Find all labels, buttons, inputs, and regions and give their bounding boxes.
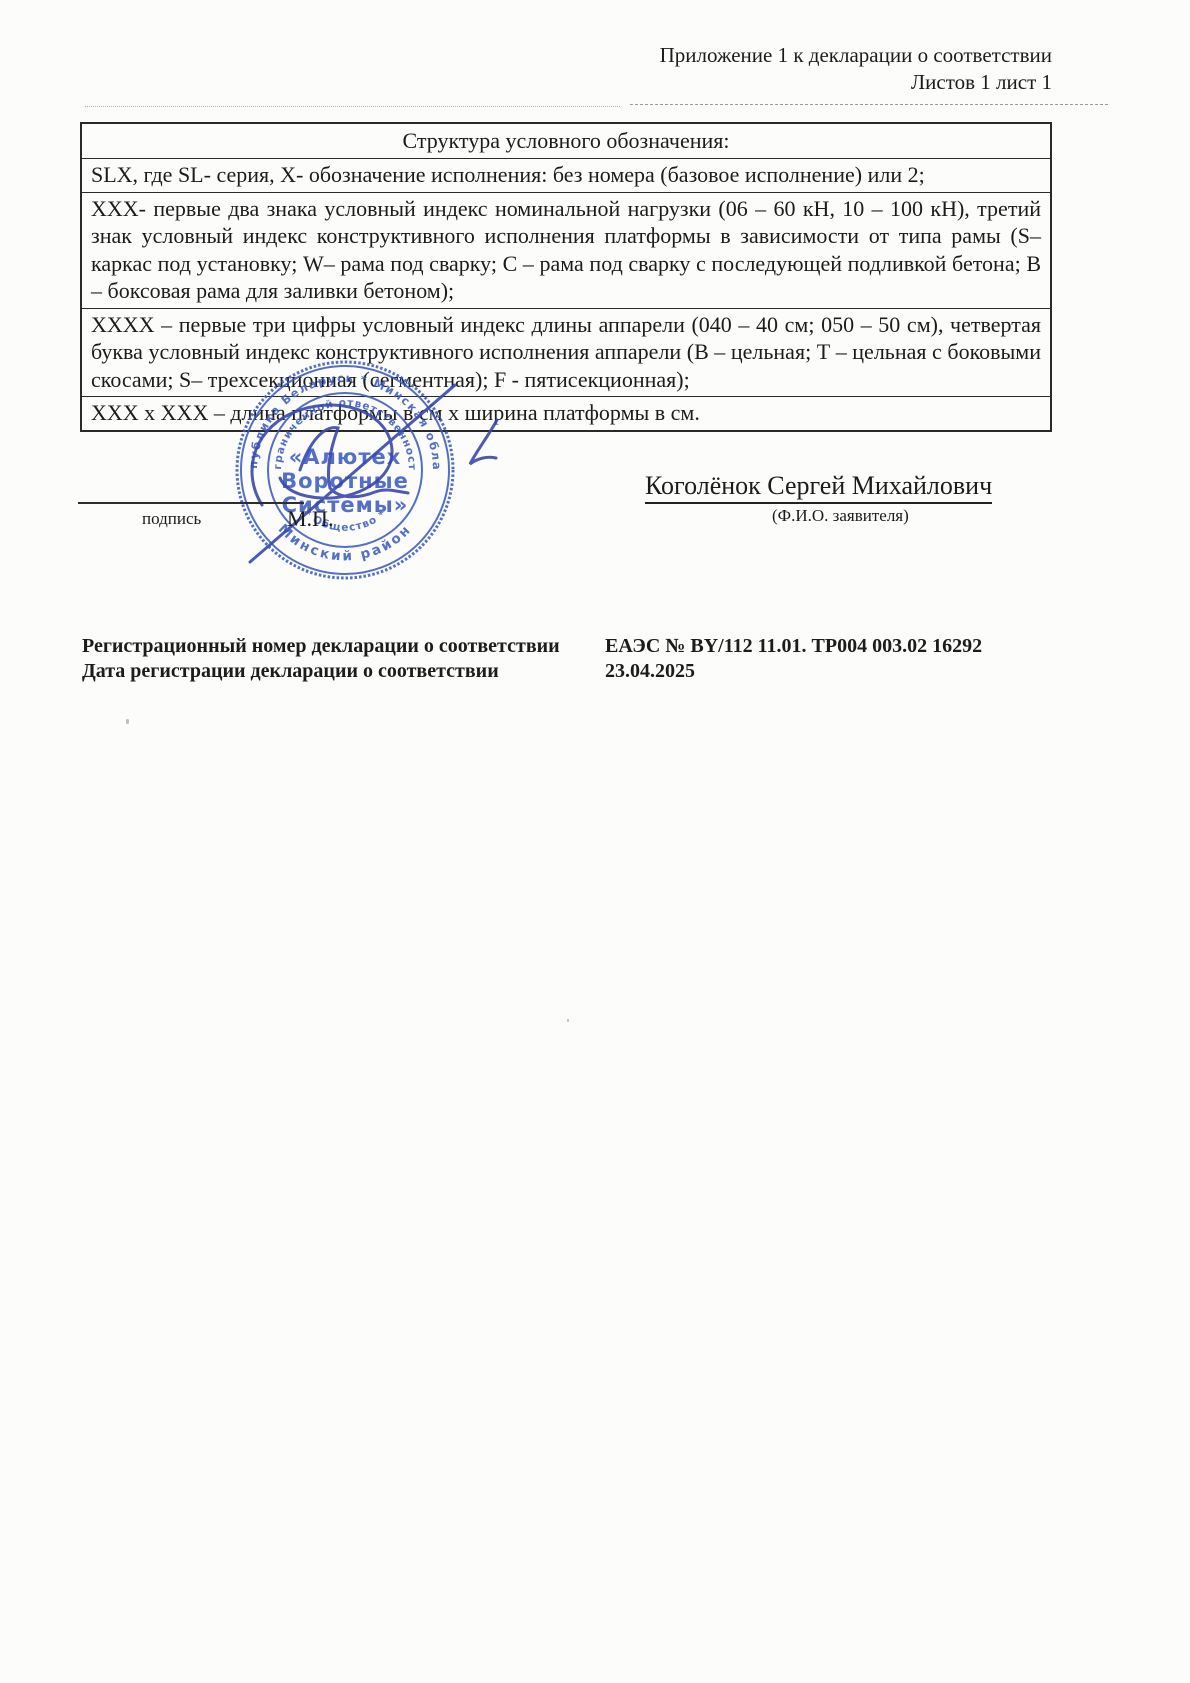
applicant-name-caption: (Ф.И.О. заявителя) — [772, 506, 909, 526]
signature-line — [78, 502, 304, 504]
document-header: Приложение 1 к декларации о соответствии… — [532, 42, 1052, 96]
registration-date-value: 23.04.2025 — [605, 659, 1065, 684]
scan-artifact-line — [630, 104, 1108, 105]
table-row-slx: SLX, где SL- серия, X- обозначение испол… — [82, 159, 1050, 193]
registration-number-value: ЕАЭС № BY/112 11.01. ТР004 003.02 16292 — [605, 634, 1065, 659]
table-row-xxx-load: XXX- первые два знака условный индекс но… — [82, 193, 1050, 309]
table-title-row: Структура условного обозначения: — [82, 124, 1050, 159]
scan-speck — [567, 1019, 569, 1022]
signature-caption: подпись — [142, 509, 201, 529]
applicant-name: Коголёнок Сергей Михайлович — [645, 471, 992, 504]
signature-strokes — [230, 375, 550, 580]
header-appendix-line: Приложение 1 к декларации о соответствии — [532, 42, 1052, 69]
scanned-document-page: Приложение 1 к декларации о соответствии… — [0, 0, 1190, 1683]
registration-number-label: Регистрационный номер декларации о соотв… — [82, 634, 602, 659]
scan-artifact-line — [85, 106, 620, 107]
handwritten-signature — [230, 375, 550, 580]
header-sheets-line: Листов 1 лист 1 — [532, 69, 1052, 96]
stamp-place-label: М.П. — [287, 506, 333, 532]
registration-date-label: Дата регистрации декларации о соответств… — [82, 659, 602, 684]
scan-speck — [126, 719, 129, 724]
